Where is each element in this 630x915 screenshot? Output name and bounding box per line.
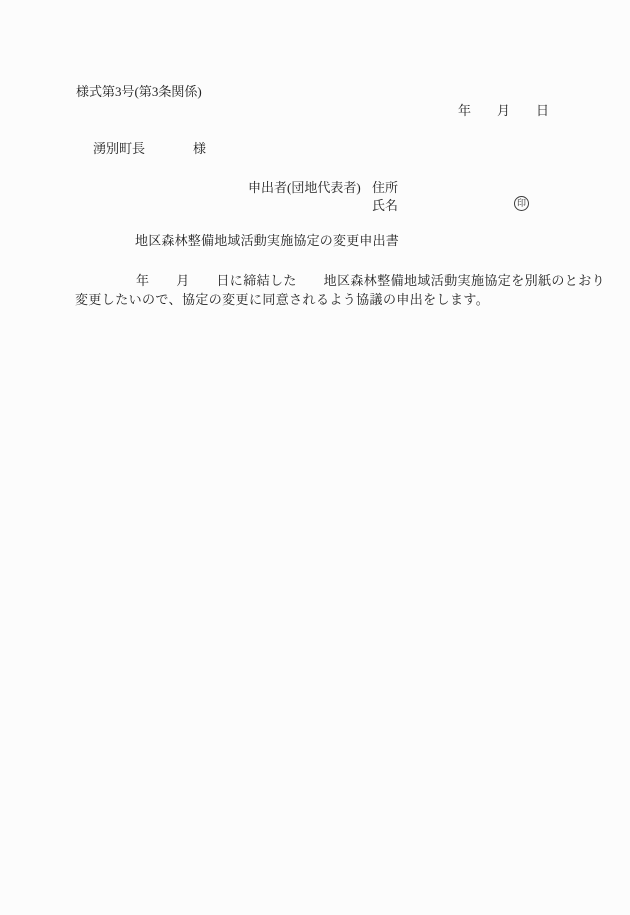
address-field-label: 住所 (372, 180, 398, 196)
name-field-label: 氏名 (372, 198, 398, 214)
seal-mark-icon: 印 (514, 196, 529, 211)
date-line: 年 月 日 (458, 103, 549, 119)
document-page: 様式第3号(第3条関係) 年 月 日 湧別町長 様 申出者(団地代表者) 住所 … (0, 0, 630, 915)
body-line-1: 年 月 日に締結した 地区森林整備地域活動実施協定を別紙のとおり (136, 273, 605, 289)
form-number: 様式第3号(第3条関係) (76, 84, 202, 100)
addressee-honorific: 様 (193, 141, 206, 157)
addressee-name: 湧別町長 (93, 141, 145, 157)
seal-character: 印 (517, 199, 526, 208)
body-line-2: 変更したいので、協定の変更に同意されるよう協議の申出をします。 (75, 292, 489, 308)
applicant-label: 申出者(団地代表者) (248, 180, 361, 196)
document-title: 地区森林整備地域活動実施協定の変更申出書 (135, 233, 399, 249)
